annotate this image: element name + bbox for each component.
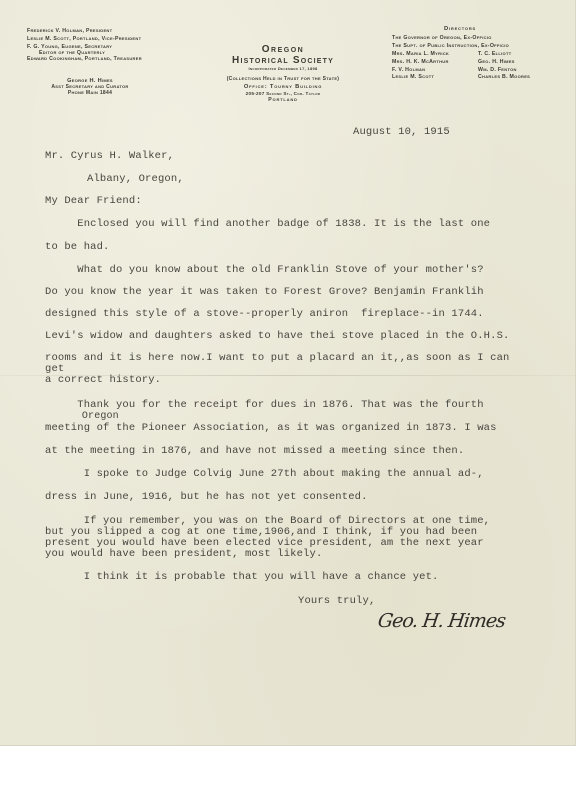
salutation: My Dear Friend: (45, 195, 142, 207)
director-ex-officio: The Supt. of Public Instruction, Ex-Offi… (392, 43, 577, 51)
directors-row: Mrs. H. K. McArthur Geo. H. Himes (392, 59, 577, 67)
directors-title: Directors (392, 26, 577, 34)
body-line: What do you know about the old Franklin … (45, 264, 484, 276)
body-line: Levi's widow and daughters asked to have… (45, 330, 509, 342)
body-line: Thank you for the receipt for dues in 18… (45, 399, 484, 411)
body-line-insert: Oregon (45, 411, 119, 422)
directors-row: F. V. Holman Wm. D. Fenton (392, 67, 577, 75)
body-line: Do you know the year it was taken to For… (45, 286, 484, 298)
director: T. C. Elliott (478, 51, 511, 59)
org-name-line1: Oregon (208, 44, 358, 55)
letterhead-organization: Oregon Historical Society Incorporated D… (208, 44, 358, 104)
body-line: at the meeting in 1876, and have not mis… (45, 445, 464, 457)
director: F. V. Holman (392, 67, 478, 75)
director-ex-officio: The Governor of Oregon, Ex-Officio (392, 35, 577, 43)
director: Leslie M. Scott (392, 74, 478, 82)
director: Charles B. Moores (478, 74, 530, 82)
body-line: I spoke to Judge Colvig June 27th about … (45, 468, 484, 480)
letterhead-directors: Directors The Governor of Oregon, Ex-Off… (392, 26, 577, 82)
body-line: a correct history. (45, 374, 161, 386)
letter-paper: Frederick V. Holman, President Leslie M.… (0, 0, 576, 746)
body-line: dress in June, 1916, but he has not yet … (45, 491, 368, 503)
officer-line: Leslie M. Scott, Portland, Vice-Presiden… (27, 36, 142, 44)
director: Wm. D. Fenton (478, 67, 517, 75)
letter-date: August 10, 1915 (353, 126, 450, 138)
body-line: Enclosed you will find another badge of … (45, 218, 490, 230)
officer-line: Edward Cookingham, Portland, Treasurer (27, 56, 142, 64)
body-line: I think it is probable that you will hav… (45, 571, 439, 583)
org-city: Portland (208, 97, 358, 104)
recipient-address: Albany, Oregon, (87, 173, 184, 185)
body-line: meeting of the Pioneer Association, as i… (45, 422, 497, 434)
body-line: to be had. (45, 241, 110, 253)
letterhead-officers: Frederick V. Holman, President Leslie M.… (27, 28, 142, 64)
body-line: designed this style of a stove--properly… (45, 308, 484, 320)
signature: Geo. H. Himes (376, 610, 506, 632)
assistant-phone: Phone Main 1844 (40, 90, 140, 96)
letterhead-assistant: George H. Himes Asst Secretary and Curat… (40, 78, 140, 97)
directors-row: Leslie M. Scott Charles B. Moores (392, 74, 577, 82)
body-line: you would have been president, most like… (45, 548, 322, 560)
org-collections-note: (Collections Held in Trust for the State… (208, 75, 358, 83)
director: Mrs. H. K. McArthur (392, 59, 478, 67)
officer-line: Frederick V. Holman, President (27, 28, 142, 36)
org-incorporated: Incorporated December 17, 1898 (208, 66, 358, 72)
org-name-line2: Historical Society (208, 55, 358, 66)
closing: Yours truly, (298, 595, 375, 607)
recipient-name: Mr. Cyrus H. Walker, (45, 150, 174, 162)
directors-row: Mrs. Maria L. Myrick T. C. Elliott (392, 51, 577, 59)
org-office: Office: Tourny Building (208, 84, 358, 91)
body-line: rooms and it is here now.I want to put a… (45, 352, 509, 364)
director: Mrs. Maria L. Myrick (392, 51, 478, 59)
director: Geo. H. Himes (478, 59, 515, 67)
